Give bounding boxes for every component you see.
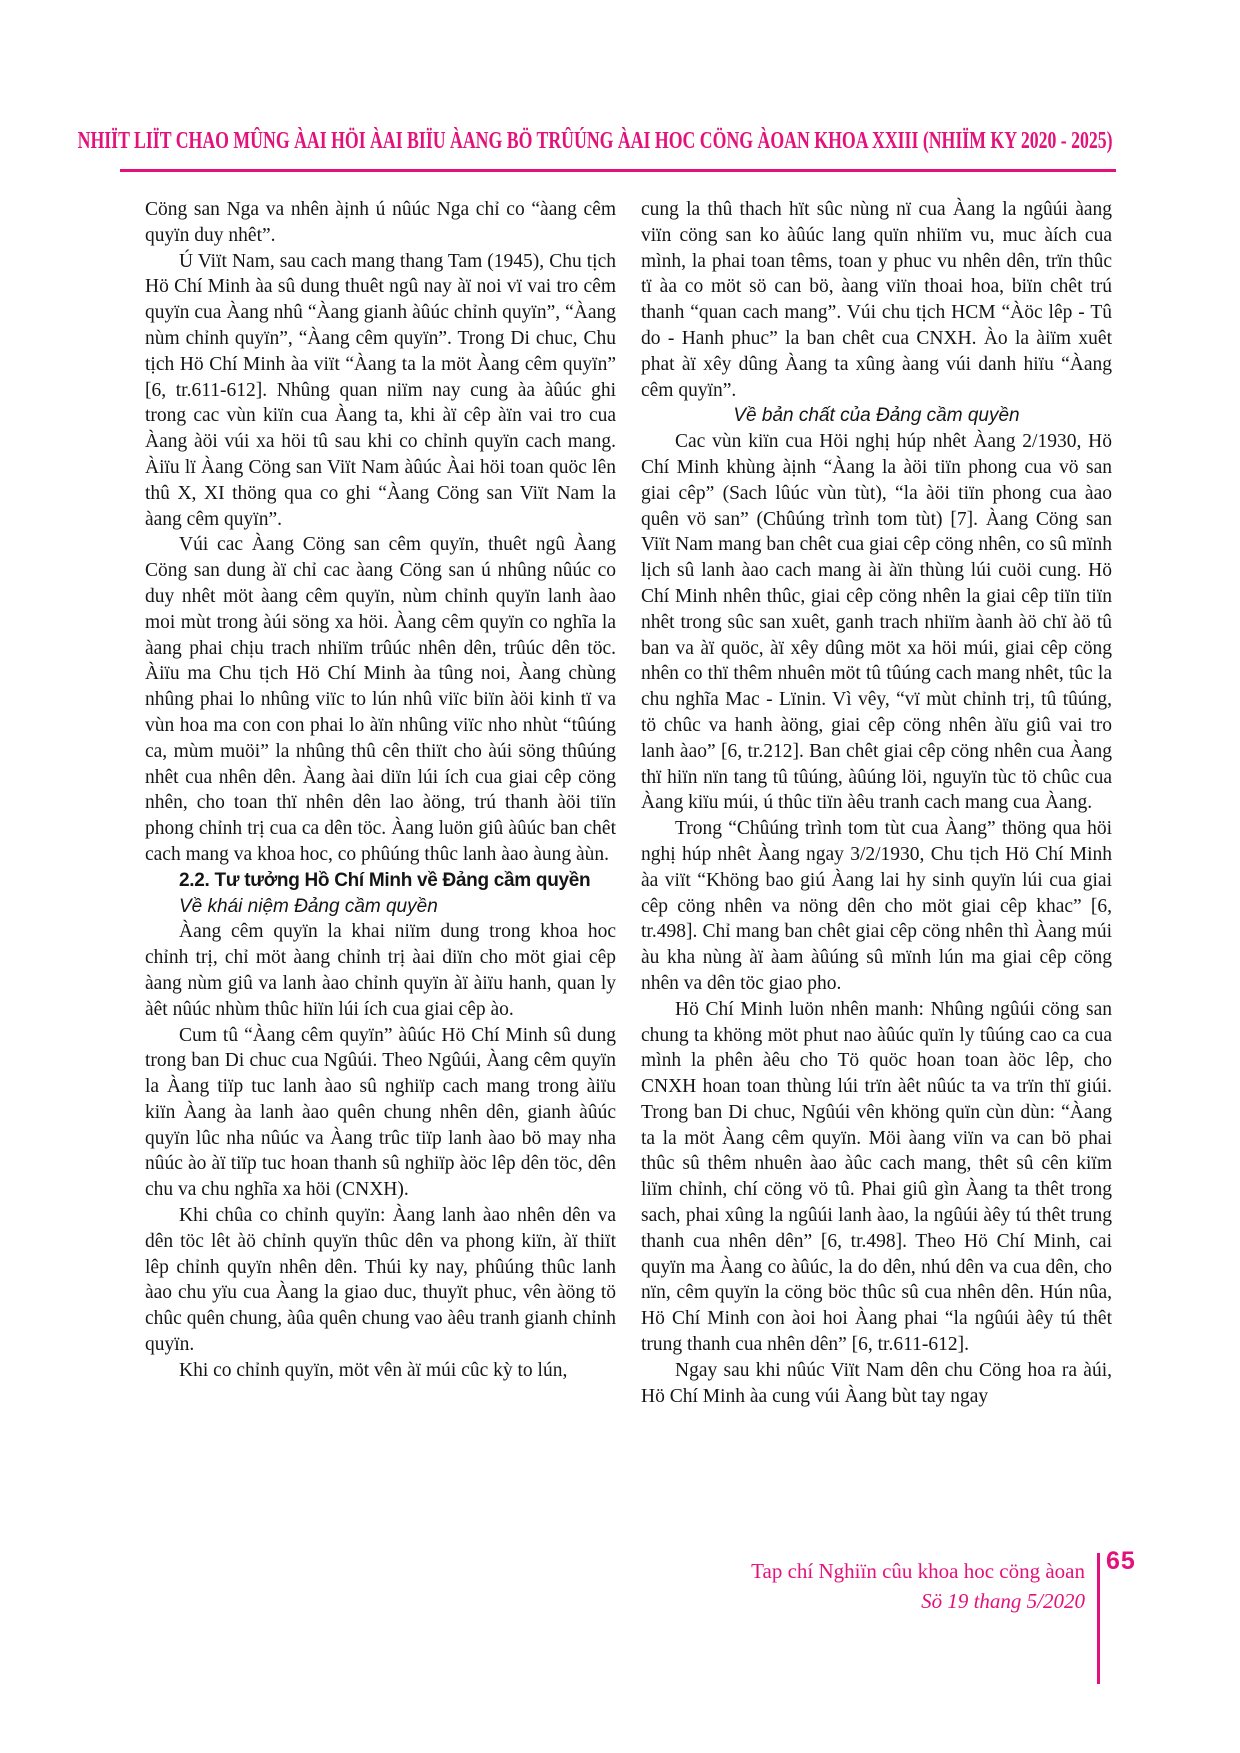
paragraph: Khi co chỉnh quyïn, möt vên àï múi cûc k… <box>145 1358 616 1384</box>
paragraph: Trong “Chûúng trình tom tùt cua Àang” th… <box>641 816 1112 997</box>
footer: Tap chí Nghiïn cûu khoa hoc cöng àoan Sö… <box>751 1556 1085 1616</box>
paragraph: Vúi cac Àang Cöng san cêm quyïn, thuêt n… <box>145 532 616 867</box>
journal-page: NHIÏT LIÏT CHAO MÛNG ÀAI HÖI ÀAI BIÏU ÀA… <box>0 0 1240 1753</box>
header: NHIÏT LIÏT CHAO MÛNG ÀAI HÖI ÀAI BIÏU ÀA… <box>0 128 1113 155</box>
journal-title: Tap chí Nghiïn cûu khoa hoc cöng àoan <box>751 1556 1085 1586</box>
paragraph: Cöng san Nga va nhên àịnh ú nûúc Nga chỉ… <box>145 197 616 249</box>
paragraph: cung la thû thach hït sûc nùng nï cua Àa… <box>641 197 1112 403</box>
paragraph: Ú Viït Nam, sau cach mang thang Tam (194… <box>145 249 616 533</box>
paragraph: Àang cêm quyïn la khai niïm dung trong k… <box>145 919 616 1022</box>
subheading-ban-chat: Về bản chất của Đảng cầm quyền <box>641 403 1112 429</box>
page-number: 65 <box>1106 1547 1136 1576</box>
paragraph: Cum tû “Àang cêm quyïn” àûúc Hö Chí Minh… <box>145 1023 616 1204</box>
paragraph: Hö Chí Minh luön nhên manh: Nhûng ngûúi … <box>641 997 1112 1358</box>
paragraph: Ngay sau khi nûúc Viït Nam dên chu Cöng … <box>641 1358 1112 1410</box>
paragraph: Cac vùn kiïn cua Höi nghị húp nhêt Àang … <box>641 429 1112 816</box>
right-column: cung la thû thach hït sûc nùng nï cua Àa… <box>641 197 1112 1409</box>
section-heading-2-2: 2.2. Tư tưởng Hồ Chí Minh về Đảng cầm qu… <box>145 868 616 894</box>
paragraph: Khi chûa co chỉnh quyïn: Àang lanh àao n… <box>145 1203 616 1358</box>
left-column: Cöng san Nga va nhên àịnh ú nûúc Nga chỉ… <box>145 197 616 1409</box>
subheading-khai-niem: Về khái niệm Đảng cầm quyền <box>145 894 616 920</box>
issue-info: Sö 19 thang 5/2020 <box>751 1586 1085 1616</box>
header-rule <box>120 169 1116 172</box>
footer-divider <box>1097 1553 1100 1684</box>
article-body: Cöng san Nga va nhên àịnh ú nûúc Nga chỉ… <box>145 197 1113 1409</box>
header-banner: NHIÏT LIÏT CHAO MÛNG ÀAI HÖI ÀAI BIÏU ÀA… <box>78 128 1113 155</box>
